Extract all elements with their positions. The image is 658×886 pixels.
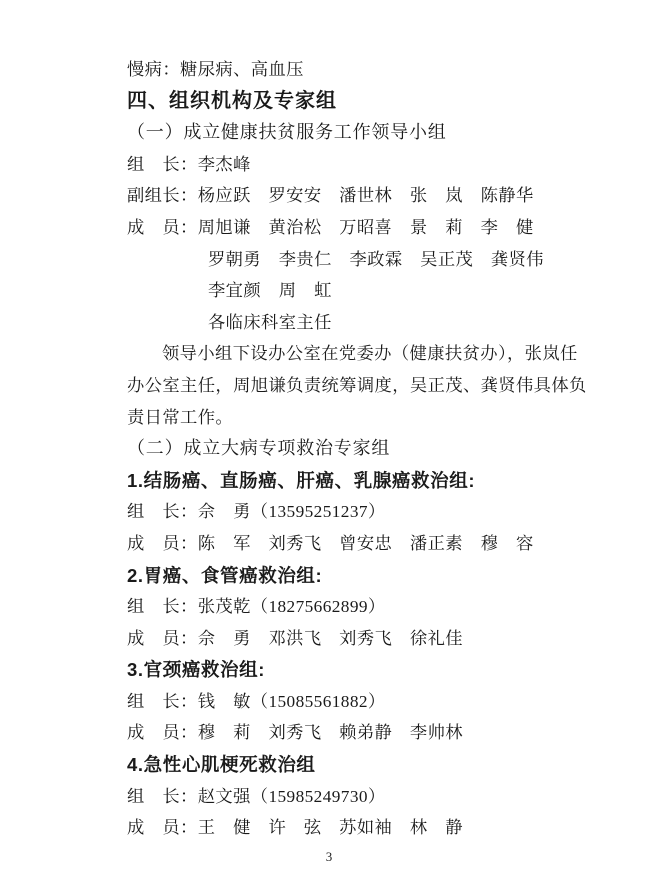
group-1-heading: 1.结肠癌、直肠癌、肝癌、乳腺癌救治组:	[127, 465, 579, 497]
members-line-4: 各临床科室主任	[127, 307, 579, 339]
group-1-members-line: 成 员：陈 军 刘秀飞 曾安忠 潘正素 穆 容	[127, 528, 579, 560]
leader-line: 组 长：李杰峰	[127, 149, 579, 181]
group-2-heading: 2.胃癌、食管癌救治组:	[127, 560, 579, 592]
group-2-leader-line: 组 长：张茂乾（18275662899）	[127, 591, 579, 623]
section-heading: 四、组织机构及专家组	[127, 86, 579, 118]
subsection-2-heading: （二）成立大病专项救治专家组	[127, 433, 579, 465]
office-paragraph-line-3: 责日常工作。	[127, 402, 579, 434]
members-line-3: 李宜颜 周 虹	[127, 275, 579, 307]
subsection-1-heading: （一）成立健康扶贫服务工作领导小组	[127, 117, 579, 149]
group-2-members-line: 成 员：佘 勇 邓洪飞 刘秀飞 徐礼佳	[127, 623, 579, 655]
office-paragraph-line-2: 办公室主任，周旭谦负责统筹调度，吴正茂、龚贤伟具体负	[127, 370, 579, 402]
group-4-heading: 4.急性心肌梗死救治组	[127, 749, 579, 781]
members-line-1: 成 员：周旭谦 黄治松 万昭喜 景 莉 李 健	[127, 212, 579, 244]
group-4-leader-line: 组 长：赵文强（15985249730）	[127, 781, 579, 813]
chronic-disease-line: 慢病：糖尿病、高血压	[127, 54, 579, 86]
group-3-leader-line: 组 长：钱 敏（15085561882）	[127, 686, 579, 718]
deputy-leaders-line: 副组长：杨应跃 罗安安 潘世林 张 岚 陈静华	[127, 180, 579, 212]
group-3-heading: 3.官颈癌救治组:	[127, 654, 579, 686]
group-1-leader-line: 组 长：佘 勇（13595251237）	[127, 496, 579, 528]
page-number: 3	[0, 849, 658, 865]
document-body: 慢病：糖尿病、高血压 四、组织机构及专家组 （一）成立健康扶贫服务工作领导小组 …	[127, 54, 579, 844]
document-page: 慢病：糖尿病、高血压 四、组织机构及专家组 （一）成立健康扶贫服务工作领导小组 …	[0, 0, 658, 886]
group-4-members-line: 成 员：王 健 许 弦 苏如袖 林 静	[127, 812, 579, 844]
office-paragraph-line-1: 领导小组下设办公室在党委办（健康扶贫办），张岚任	[127, 338, 579, 370]
members-line-2: 罗朝勇 李贵仁 李政霖 吴正茂 龚贤伟	[127, 244, 579, 276]
group-3-members-line: 成 员：穆 莉 刘秀飞 赖弟静 李帅林	[127, 717, 579, 749]
